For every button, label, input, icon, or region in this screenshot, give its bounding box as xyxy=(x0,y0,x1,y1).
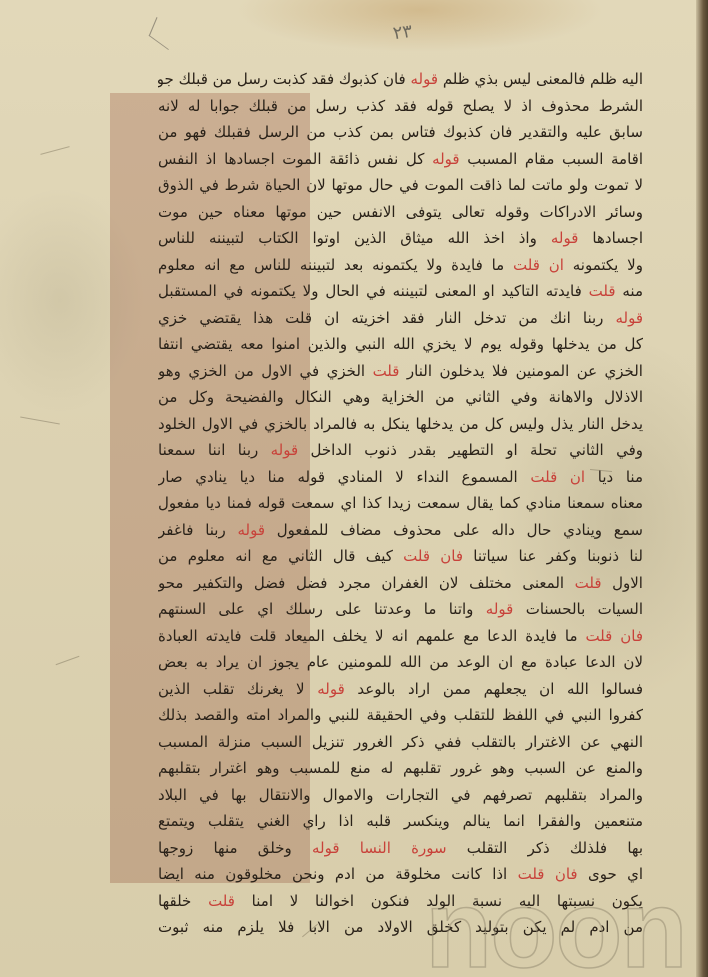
line-text: متنعمين والفقرا انما ينالم وينكسر قلبه ا… xyxy=(158,812,643,830)
manuscript-line: السيات بالحسنات قوله واتنا ما وعدتنا على… xyxy=(158,596,643,623)
rubric-keyword: فان قلت xyxy=(403,547,463,565)
line-text: ربنا فاغفر xyxy=(158,521,237,539)
manuscript-line: الاذلال والاهانة وفي الثاني من الخزاية و… xyxy=(158,384,643,411)
line-text: ما فايدة ولا يكتمونه بعد لتبيننه للناس م… xyxy=(158,256,513,274)
rubric-keyword: قوله xyxy=(432,150,460,168)
manuscript-line: لا تموت ولو ماتت لما ذاقت الموت في حال م… xyxy=(158,172,643,199)
line-text: كل من يدخلها وقوله يوم لا يخزي الله النب… xyxy=(158,335,643,353)
line-text: خلقها xyxy=(158,892,208,910)
line-text: والمنع عن السبب وهو غرور تقلبهم له منع ل… xyxy=(158,759,643,777)
rubric-keyword: قوله xyxy=(271,441,299,459)
manuscript-line: كل من يدخلها وقوله يوم لا يخزي الله النب… xyxy=(158,331,643,358)
line-text: الاذلال والاهانة وفي الثاني من الخزاية و… xyxy=(158,388,643,406)
line-text: ربنا انك من تدخل النار فقد اخزيته ان قلت… xyxy=(158,309,615,327)
manuscript-line: الاول قلت المعنى مختلف لان الغفران مجرد … xyxy=(158,570,643,597)
manuscript-line: يدخل النار يذل وليس كل من يدخلها ينكل به… xyxy=(158,411,643,438)
rubric-keyword: قوله xyxy=(237,521,265,539)
line-text: كل نفس ذائقة الموت اجسادها اذ النفس xyxy=(158,150,432,168)
line-text: لا يغرنك تقلب الذين xyxy=(158,680,317,698)
line-text: المعنى مختلف لان الغفران مجرد فضل فضل وا… xyxy=(158,574,575,592)
line-text: وخلق منها زوجها xyxy=(158,839,312,857)
line-text: لا تموت ولو ماتت لما ذاقت الموت في حال م… xyxy=(158,176,643,194)
rubric-keyword: ان قلت xyxy=(513,256,564,274)
line-text: بها فلذلك ذكر التقلب xyxy=(447,839,643,857)
line-text: واتنا ما وعدتنا على رسلك اي على السنتهم xyxy=(158,600,486,618)
page-binding-edge xyxy=(696,0,708,977)
line-text: يدخل النار يذل وليس كل من يدخلها ينكل به… xyxy=(158,415,643,433)
line-text: سابق عليه والتقدير فان كذبوك فتاس بمن كذ… xyxy=(158,123,643,141)
line-text: المسموع النداء لا المنادي قوله منا ديا ي… xyxy=(158,468,530,486)
rubric-keyword: قلت xyxy=(589,282,616,300)
line-text: وسائر الادراكات وقوله تعالى يتوفى الانفس… xyxy=(158,203,643,221)
line-text: الشرط محذوف اذ لا يصلح قوله فقد كذب رسل … xyxy=(158,97,643,115)
manuscript-line: ولا يكتمونه ان قلت ما فايدة ولا يكتمونه … xyxy=(158,252,643,279)
manuscript-line: سابق عليه والتقدير فان كذبوك فتاس بمن كذ… xyxy=(158,119,643,146)
line-text: لان الدعا عبادة مع ان الوعد من الله للمو… xyxy=(158,653,643,671)
manuscript-text-block: اليه ظلم فالمعنى ليس بذي ظلم قوله فان كذ… xyxy=(158,66,643,941)
line-text: والمراد بتقلبهم تصرفهم في التجارات والام… xyxy=(158,786,643,804)
line-text: اجسادها xyxy=(578,229,643,247)
manuscript-line: والمراد بتقلبهم تصرفهم في التجارات والام… xyxy=(158,782,643,809)
rubric-keyword: قوله xyxy=(411,70,439,88)
manuscript-line: منا ديا ان قلت المسموع النداء لا المنادي… xyxy=(158,464,643,491)
manuscript-page: ٢٣ اليه ظلم فالمعنى ليس بذي ظلم قوله فان… xyxy=(0,0,708,977)
rubric-keyword: قوله xyxy=(317,680,345,698)
line-text: ما فايدة الدعا مع علمهم انه لا يخلف المي… xyxy=(158,627,585,645)
manuscript-line: كفروا النبي في اللفظ للتقلب وفي الحقيقة … xyxy=(158,702,643,729)
line-text: ولا يكتمونه xyxy=(564,256,643,274)
manuscript-line: وفي الثاني تحلة او التطهير بقدر ذنوب الد… xyxy=(158,437,643,464)
rubric-keyword: قلت xyxy=(373,362,400,380)
manuscript-line: معناه سمعنا منادي كما يقال سمعت زيدا كذا… xyxy=(158,490,643,517)
rubric-keyword: قوله xyxy=(615,309,643,327)
manuscript-line: لنا ذنوبنا وكفر عنا سياتنا فان قلت كيف ق… xyxy=(158,543,643,570)
line-text: سمع وينادي حال داله على محذوف مضاف للمفع… xyxy=(265,521,643,539)
line-text: ربنا اننا سمعنا xyxy=(158,441,271,459)
manuscript-line: لان الدعا عبادة مع ان الوعد من الله للمو… xyxy=(158,649,643,676)
manuscript-line: بها فلذلك ذكر التقلب سورة النسا قوله وخل… xyxy=(158,835,643,862)
line-text: الاول xyxy=(602,574,643,592)
line-text: منه xyxy=(616,282,643,300)
line-text: كيف قال الثاني مع انه معلوم من xyxy=(158,547,403,565)
line-text: معناه سمعنا منادي كما يقال سمعت زيدا كذا… xyxy=(158,494,643,512)
manuscript-line: النهي عن الاغترار بالتقلب ففي ذكر الغرور… xyxy=(158,729,643,756)
folio-number: ٢٣ xyxy=(392,21,414,44)
line-text: فايدته التاكيد او المعنى لتبيننه في الحا… xyxy=(158,282,589,300)
manuscript-line: اليه ظلم فالمعنى ليس بذي ظلم قوله فان كذ… xyxy=(158,66,643,93)
manuscript-line: اجسادها قوله واذ اخذ الله ميثاق الذين او… xyxy=(158,225,643,252)
line-text: واذ اخذ الله ميثاق الذين اوتوا الكتاب لت… xyxy=(158,229,551,247)
manuscript-line: فان قلت ما فايدة الدعا مع علمهم انه لا ي… xyxy=(158,623,643,650)
manuscript-line: الشرط محذوف اذ لا يصلح قوله فقد كذب رسل … xyxy=(158,93,643,120)
line-text: اقامة السبب مقام المسبب xyxy=(460,150,643,168)
line-text: السيات بالحسنات xyxy=(513,600,643,618)
line-text: النهي عن الاغترار بالتقلب ففي ذكر الغرور… xyxy=(158,733,643,751)
manuscript-line: متنعمين والفقرا انما ينالم وينكسر قلبه ا… xyxy=(158,808,643,835)
manuscript-line: فسالوا الله ان يجعلهم ممن اراد بالوعد قو… xyxy=(158,676,643,703)
line-text: لنا ذنوبنا وكفر عنا سياتنا xyxy=(463,547,643,565)
line-text: الخزي عن المومنين فلا يدخلون النار xyxy=(399,362,643,380)
watermark-logo: noon xyxy=(425,880,686,977)
rubric-keyword: قلت xyxy=(208,892,235,910)
rubric-keyword: فان قلت xyxy=(585,627,643,645)
line-text: اليه ظلم فالمعنى ليس بذي ظلم xyxy=(438,70,643,88)
line-text: الخزي في الاول من الخزي وهو xyxy=(158,362,373,380)
rubric-keyword: قوله xyxy=(551,229,579,247)
rubric-keyword: سورة النسا قوله xyxy=(312,839,447,857)
line-text: فان كذبوك فقد كذبت رسل من قبلك جواب xyxy=(158,70,411,88)
line-text: فسالوا الله ان يجعلهم ممن اراد بالوعد xyxy=(345,680,643,698)
line-text: كفروا النبي في اللفظ للتقلب وفي الحقيقة … xyxy=(158,706,643,724)
manuscript-line: الخزي عن المومنين فلا يدخلون النار قلت ا… xyxy=(158,358,643,385)
line-text: منا ديا xyxy=(585,468,643,486)
manuscript-line: اقامة السبب مقام المسبب قوله كل نفس ذائق… xyxy=(158,146,643,173)
manuscript-line: سمع وينادي حال داله على محذوف مضاف للمفع… xyxy=(158,517,643,544)
manuscript-line: منه قلت فايدته التاكيد او المعنى لتبيننه… xyxy=(158,278,643,305)
rubric-keyword: قوله xyxy=(486,600,514,618)
manuscript-line: والمنع عن السبب وهو غرور تقلبهم له منع ل… xyxy=(158,755,643,782)
manuscript-line: وسائر الادراكات وقوله تعالى يتوفى الانفس… xyxy=(158,199,643,226)
rubric-keyword: قلت xyxy=(575,574,602,592)
manuscript-line: قوله ربنا انك من تدخل النار فقد اخزيته ا… xyxy=(158,305,643,332)
pencil-corner-mark xyxy=(149,17,177,50)
rubric-keyword: ان قلت xyxy=(530,468,585,486)
line-text: وفي الثاني تحلة او التطهير بقدر ذنوب الد… xyxy=(298,441,643,459)
